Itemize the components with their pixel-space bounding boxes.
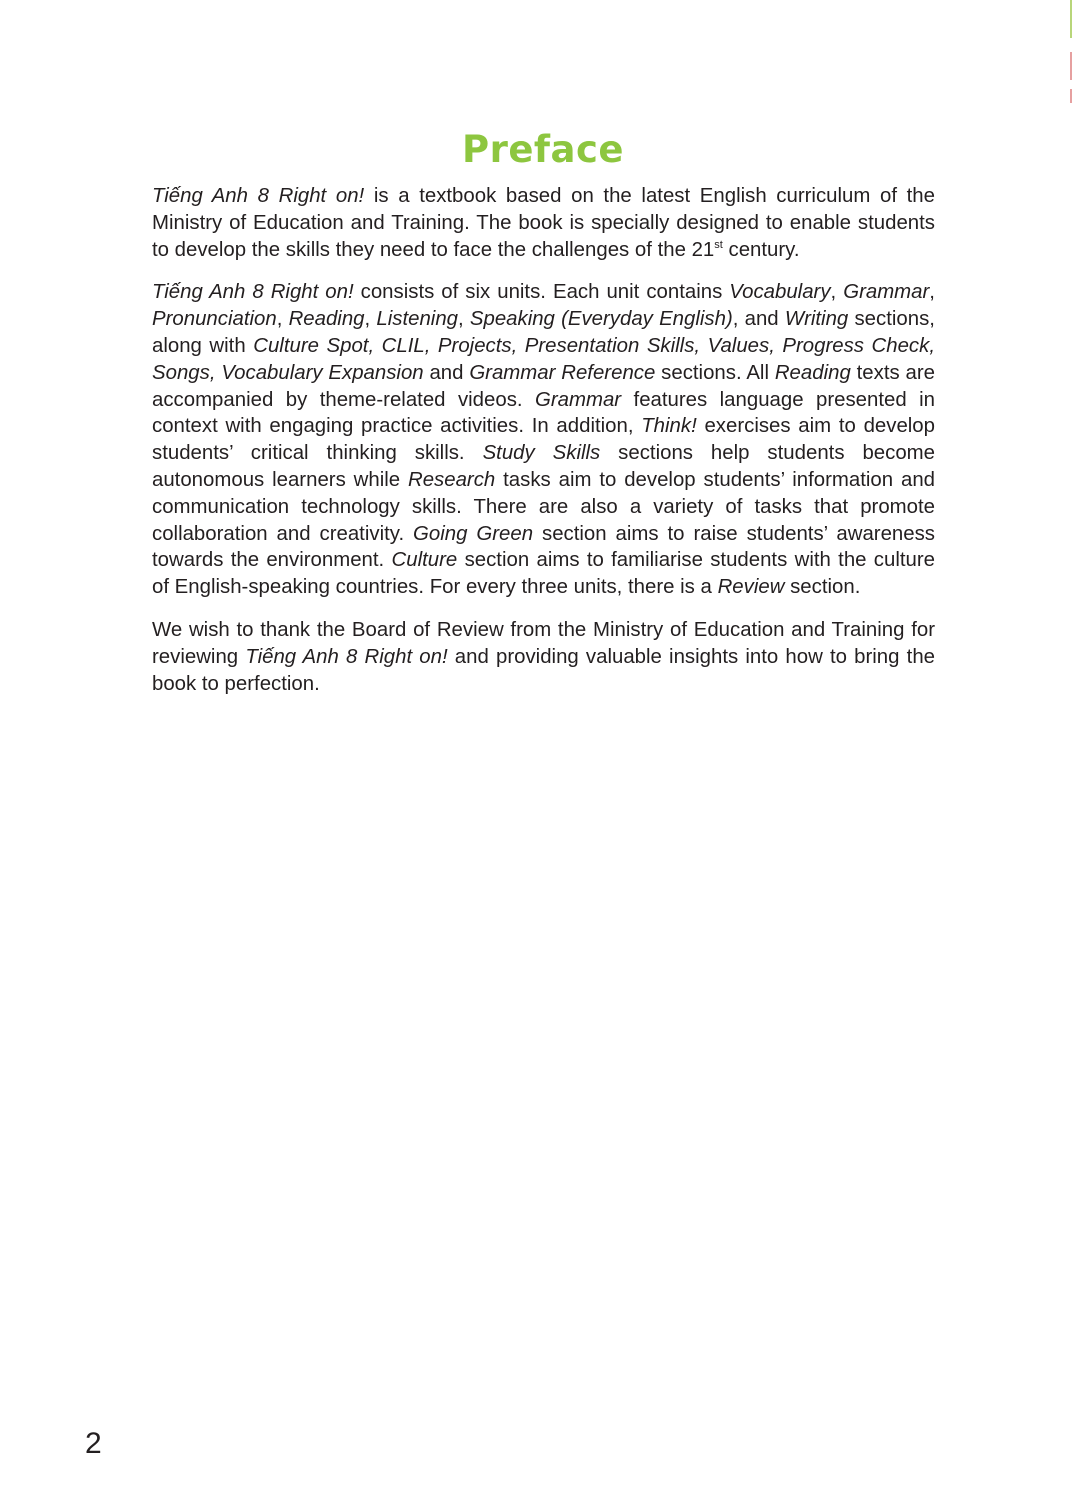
italic-term: Study Skills bbox=[483, 442, 601, 464]
text-run: consists of six units. Each unit contain… bbox=[354, 281, 730, 303]
italic-term: Grammar Reference bbox=[469, 362, 655, 384]
text-run: , bbox=[365, 308, 377, 330]
trim-mark-green bbox=[1070, 0, 1072, 38]
italic-term: Reading bbox=[289, 308, 365, 330]
page-title: Preface bbox=[0, 128, 1076, 171]
italic-term: Tiếng Anh 8 Right on! bbox=[152, 185, 364, 207]
page-number: 2 bbox=[85, 1427, 102, 1461]
italic-term: Pronunciation bbox=[152, 308, 277, 330]
italic-term: Tiếng Anh 8 Right on! bbox=[152, 281, 354, 303]
paragraph-intro: Tiếng Anh 8 Right on! is a textbook base… bbox=[152, 183, 935, 263]
text-run: section. bbox=[784, 576, 860, 598]
text-run: sections. All bbox=[655, 362, 775, 384]
italic-term: Culture bbox=[392, 549, 458, 571]
trim-mark-red bbox=[1070, 89, 1072, 103]
italic-term: Research bbox=[408, 469, 495, 491]
text-run: , and bbox=[733, 308, 785, 330]
italic-term: Tiếng Anh 8 Right on! bbox=[245, 646, 447, 668]
paragraph-contents: Tiếng Anh 8 Right on! consists of six un… bbox=[152, 279, 935, 601]
text-run: , bbox=[277, 308, 289, 330]
italic-term: Vocabulary bbox=[729, 281, 830, 303]
text-run: , bbox=[929, 281, 935, 303]
ordinal-suffix: st bbox=[714, 239, 723, 251]
italic-term: Review bbox=[718, 576, 785, 598]
italic-term: Listening bbox=[376, 308, 458, 330]
paragraph-acknowledgement: We wish to thank the Board of Review fro… bbox=[152, 617, 935, 697]
text-run: and bbox=[424, 362, 470, 384]
italic-term: Grammar bbox=[843, 281, 929, 303]
trim-mark-red bbox=[1070, 52, 1072, 80]
italic-term: Speaking (Everyday English) bbox=[470, 308, 733, 330]
italic-term: Think! bbox=[641, 415, 697, 437]
text-run: , bbox=[458, 308, 470, 330]
text-run: century. bbox=[723, 239, 800, 261]
italic-term: Writing bbox=[785, 308, 848, 330]
italic-term: Going Green bbox=[413, 523, 533, 545]
italic-term: Reading bbox=[775, 362, 851, 384]
text-run: , bbox=[831, 281, 844, 303]
italic-term: Grammar bbox=[535, 389, 621, 411]
preface-body: Tiếng Anh 8 Right on! is a textbook base… bbox=[152, 183, 935, 713]
